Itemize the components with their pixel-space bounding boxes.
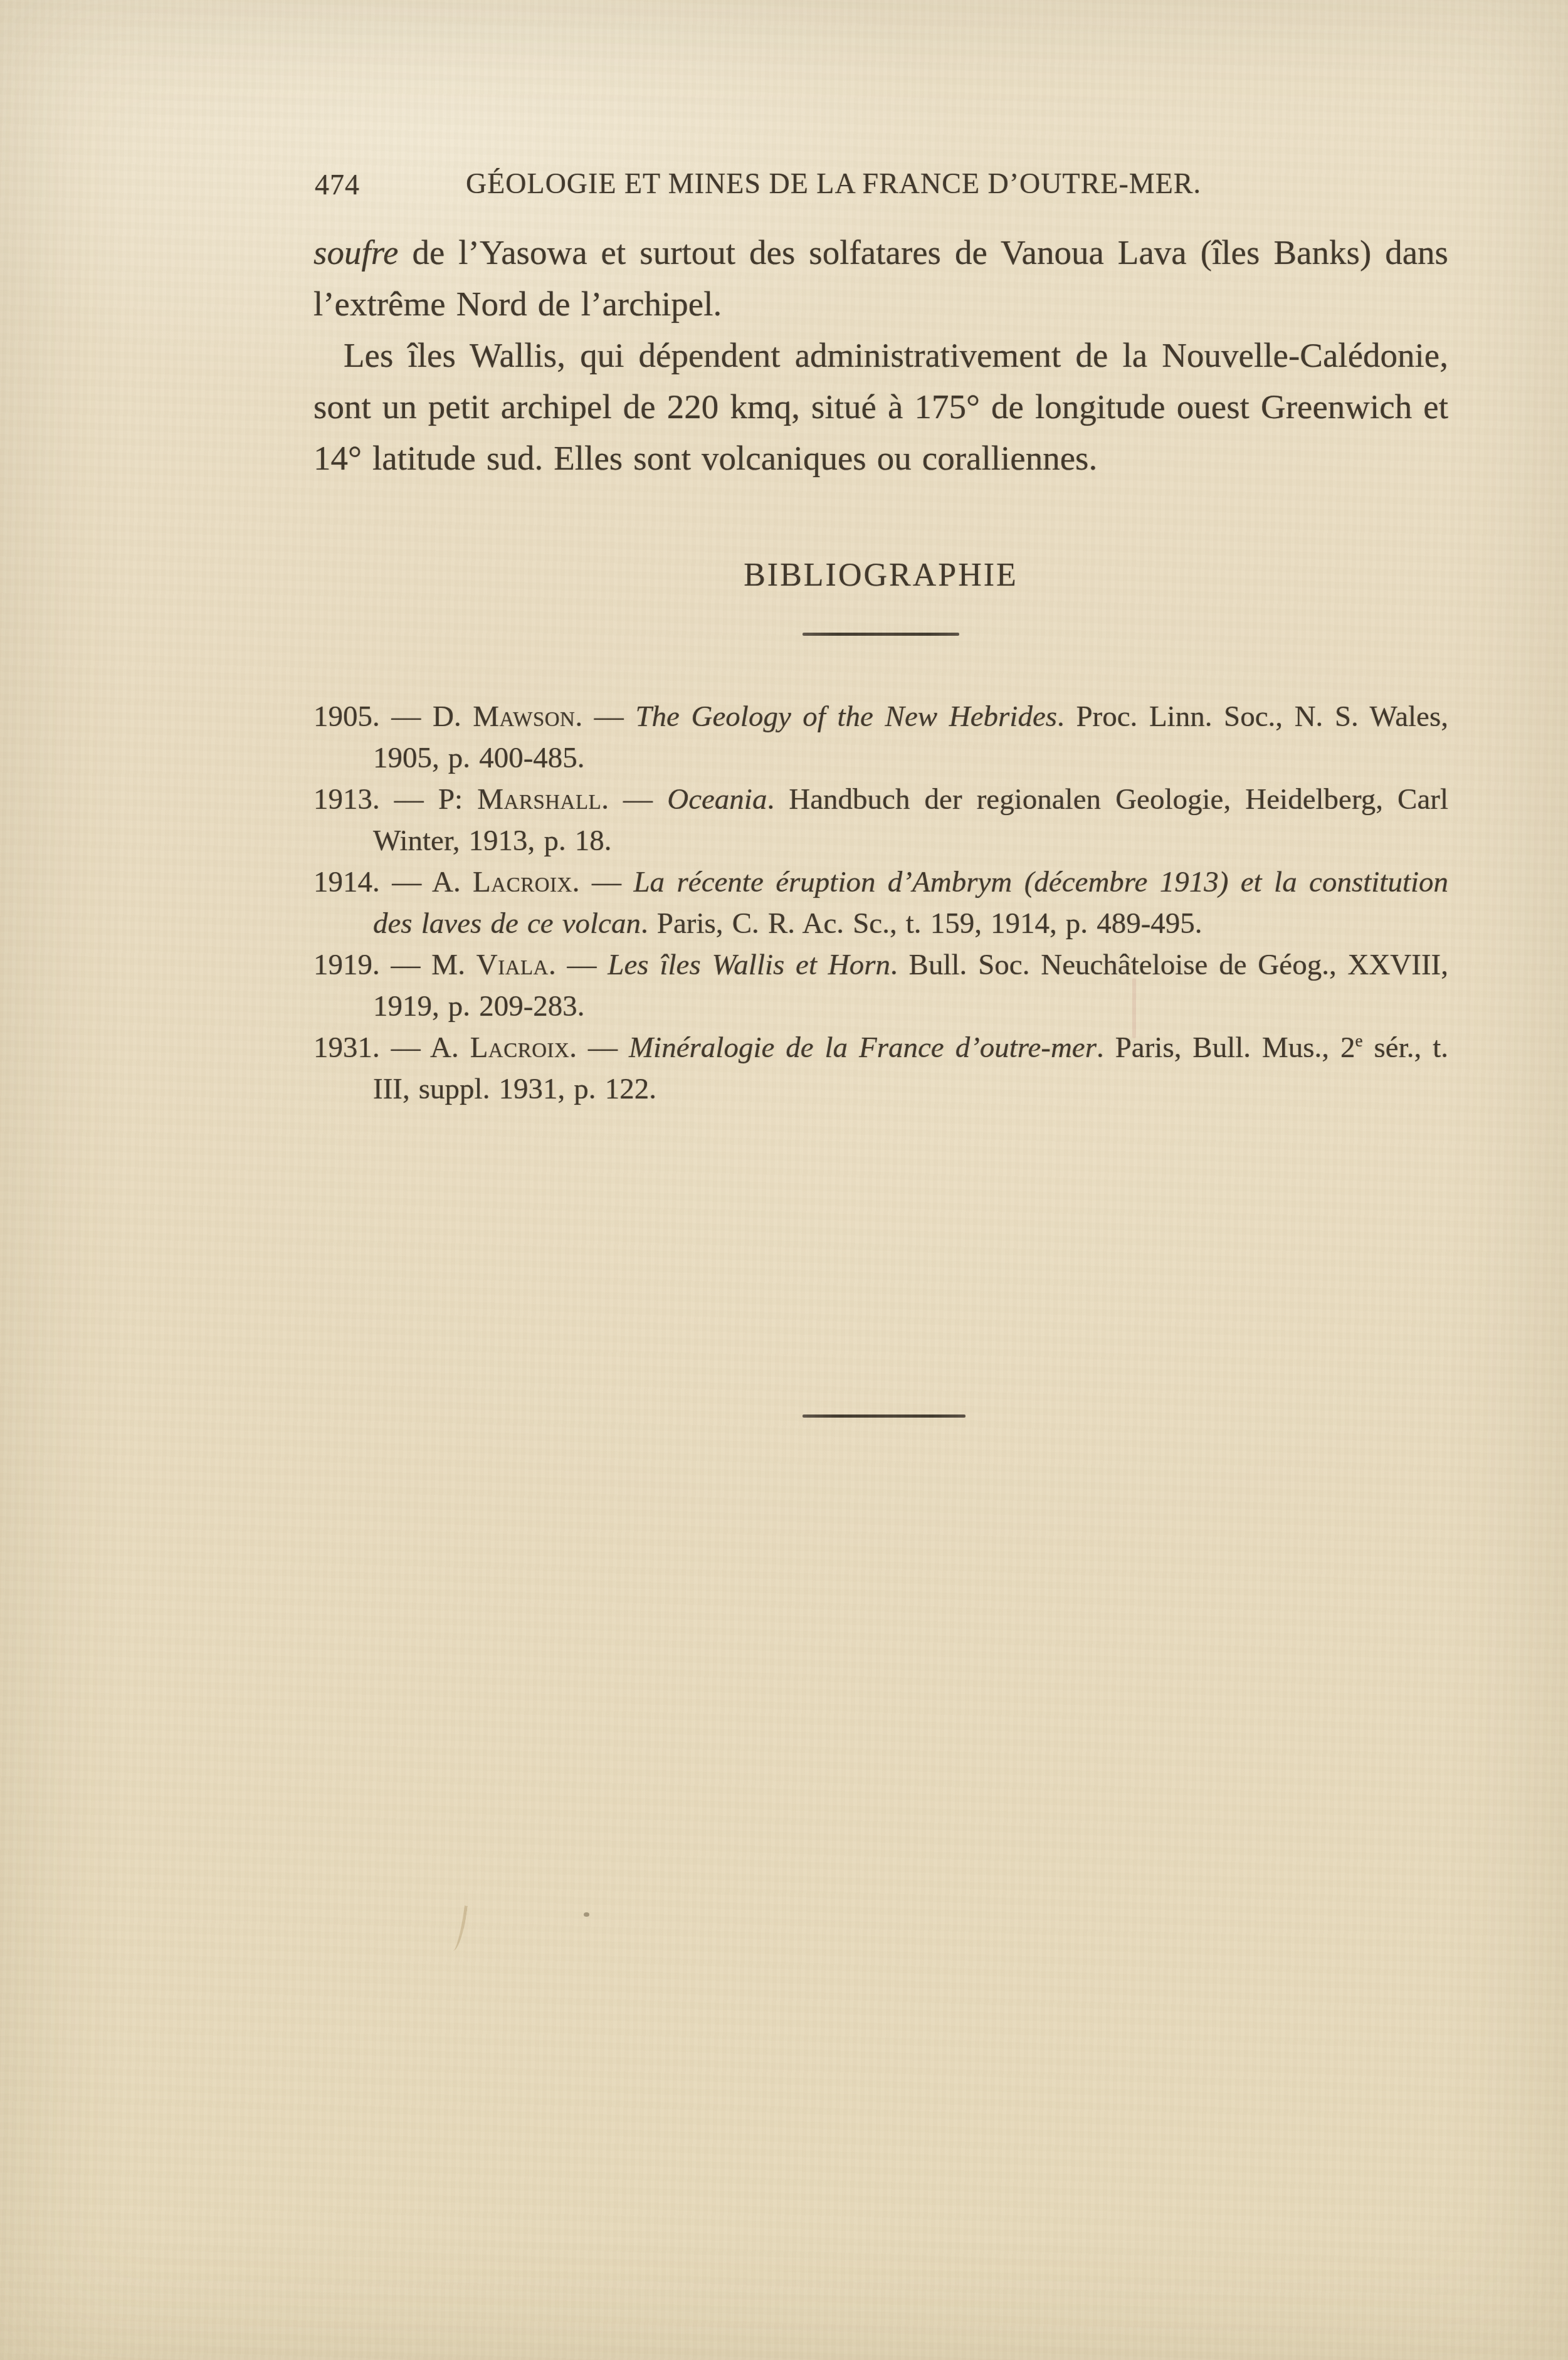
text-segment: The Geology of the New Hebrides <box>635 700 1057 733</box>
text-segment: 1905. — D. <box>313 700 473 733</box>
text-segment: soufre <box>313 233 398 271</box>
bibliography-list: 1905. — D. Mawson. — The Geology of the … <box>313 696 1448 1110</box>
text-segment: de l’Yasowa et surtout des solfatares de… <box>313 233 1448 323</box>
paper-crease-mark <box>450 1904 468 1952</box>
text-segment: . — <box>569 1031 629 1064</box>
running-head: 474 GÉOLOGIE ET MINES DE LA FRANCE D’OUT… <box>313 167 1448 211</box>
page-number: 474 <box>315 168 360 201</box>
text-segment: Marshall <box>477 783 601 816</box>
text-segment: Minéralogie de la France d’outre-mer <box>629 1031 1097 1064</box>
text-segment: . — <box>572 866 634 898</box>
text-segment: e <box>1355 1031 1363 1050</box>
text-segment: . — <box>575 700 635 733</box>
bibliography-entry: 1931. — A. Lacroix. — Minéralogie de la … <box>313 1027 1448 1110</box>
text-block: soufre de l’Yasowa et surtout des solfat… <box>313 227 1448 1418</box>
text-segment: Mawson <box>473 700 575 733</box>
text-segment: 1919. — M. <box>313 949 476 981</box>
text-segment: 1914. — A. <box>313 866 473 898</box>
body-text: soufre de l’Yasowa et surtout des solfat… <box>313 227 1448 484</box>
text-segment: Lacroix <box>473 866 572 898</box>
text-segment: Oceania <box>667 783 767 816</box>
bibliography-entry: 1913. — P: Marshall. — Oceania. Handbuch… <box>313 779 1448 861</box>
running-title: GÉOLOGIE ET MINES DE LA FRANCE D’OUTRE-M… <box>466 167 1201 200</box>
bibliography-entry: 1914. — A. Lacroix. — La récente éruptio… <box>313 861 1448 944</box>
text-segment: Les îles Wallis, qui dépendent administr… <box>313 336 1448 477</box>
body-paragraph: Les îles Wallis, qui dépendent administr… <box>313 330 1448 484</box>
bibliography-entry: 1919. — M. Viala. — Les îles Wallis et H… <box>313 944 1448 1027</box>
heading-divider-rule <box>802 633 959 636</box>
text-segment: Lacroix <box>470 1031 570 1064</box>
text-segment: . — <box>601 783 667 816</box>
paper-speck <box>584 1912 589 1917</box>
text-segment: 1913. — P: <box>313 783 477 816</box>
paper-stain <box>1132 978 1136 1038</box>
footer-divider-rule <box>802 1414 966 1418</box>
scanned-book-page: 474 GÉOLOGIE ET MINES DE LA FRANCE D’OUT… <box>0 0 1568 2360</box>
text-segment: Les îles Wallis et Horn <box>608 949 890 981</box>
bibliography-entry: 1905. — D. Mawson. — The Geology of the … <box>313 696 1448 779</box>
text-segment: . — <box>549 949 608 981</box>
text-segment: 1931. — A. <box>313 1031 470 1064</box>
text-segment: Viala <box>476 949 549 981</box>
body-paragraph: soufre de l’Yasowa et surtout des solfat… <box>313 227 1448 330</box>
bibliography-heading: BIBLIOGRAPHIE <box>313 557 1448 594</box>
text-segment: . Paris, C. R. Ac. Sc., t. 159, 1914, p.… <box>641 907 1202 940</box>
